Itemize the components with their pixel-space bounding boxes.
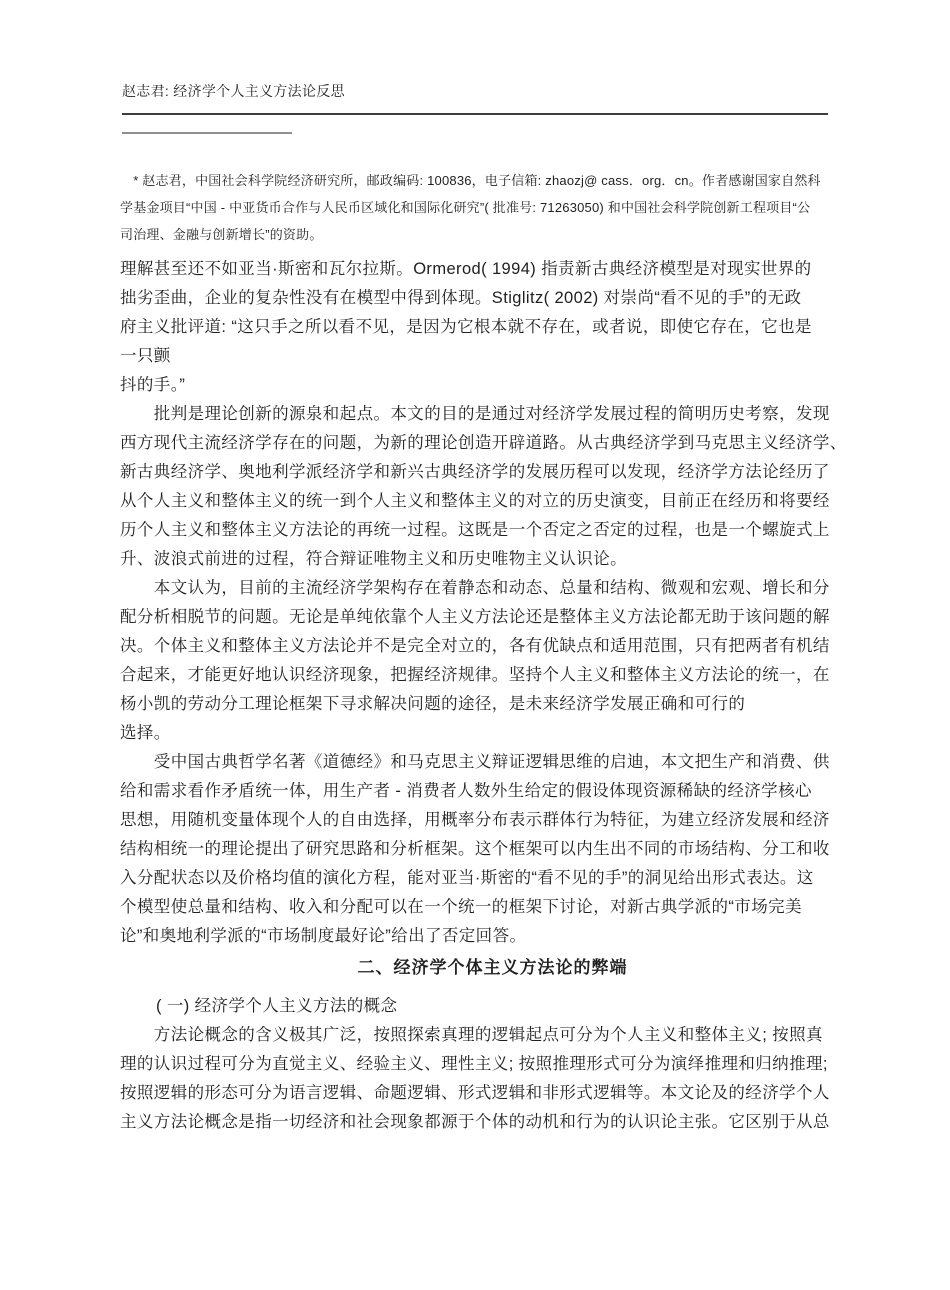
footnote-line: 学基金项目“中国 - 中亚货币合作与人民币区域化和国际化研究”( 批准号: 71…	[120, 194, 865, 221]
body-text-line: 受中国古典哲学名著《道德经》和马克思主义辩证逻辑思维的启迪，本文把生产和消费、供	[120, 748, 865, 777]
body-text-line: 抖的手。”	[120, 371, 865, 400]
body-text-line: 论”和奥地利学派的“市场制度最好论”给出了否定回答。	[120, 922, 865, 951]
author-footnote: * 赵志君，中国社会科学院经济研究所，邮政编码: 100836，电子信箱: zh…	[120, 167, 865, 248]
body-text-line: 给和需求看作矛盾统一体，用生产者 - 消费者人数外生给定的假设体现资源稀缺的经济…	[120, 777, 865, 806]
body-text-line: 理的认识过程可分为直觉主义、经验主义、理性主义; 按照推理形式可分为演绎推理和归…	[120, 1050, 865, 1079]
body-text-line: 本文认为，目前的主流经济学架构存在着静态和动态、总量和结构、微观和宏观、增长和分	[120, 574, 865, 603]
body-text-line: 拙劣歪曲，企业的复杂性没有在模型中得到体现。Stiglitz( 2002) 对崇…	[120, 284, 865, 313]
body-text-line: 西方现代主流经济学存在的问题，为新的理论创造开辟道路。从古典经济学到马克思主义经…	[120, 429, 865, 458]
running-header: 赵志君: 经济学个人主义方法论反思	[122, 81, 345, 101]
footnote-line: 司治理、金融与创新增长”的资助。	[120, 221, 865, 248]
header-rule	[122, 113, 828, 115]
section-title: 二、经济学个体主义方法论的弊端	[120, 955, 865, 981]
body-text-line: 思想，用随机变量体现个人的自由选择，用概率分布表示群体行为特征，为建立经济发展和…	[120, 806, 865, 835]
body-text-line: 选择。	[120, 719, 865, 748]
body-text-line: 主义方法论概念是指一切经济和社会现象都源于个体的动机和行为的认识论主张。它区别于…	[120, 1108, 865, 1137]
body-text-line: 杨小凯的劳动分工理论框架下寻求解决问题的途径，是未来经济学发展正确和可行的	[120, 690, 865, 719]
body-text-line: 按照逻辑的形态可分为语言逻辑、命题逻辑、形式逻辑和非形式逻辑等。本文论及的经济学…	[120, 1079, 865, 1108]
body-text-line: 府主义批评道: “这只手之所以看不见，是因为它根本就不存在，或者说，即使它存在，…	[120, 313, 865, 342]
body-text-line: 理解甚至还不如亚当·斯密和瓦尔拉斯。Ormerod( 1994) 指责新古典经济…	[120, 255, 865, 284]
body-text-line: 决。个体主义和整体主义方法论并不是完全对立的，各有优缺点和适用范围，只有把两者有…	[120, 632, 865, 661]
body-text-line: 一只颤	[120, 342, 865, 371]
body-text-line: 从个人主义和整体主义的统一到个人主义和整体主义的对立的历史演变，目前正在经历和将…	[120, 487, 865, 516]
body-text-line: 入分配状态以及价格均值的演化方程，能对亚当·斯密的“看不见的手”的洞见给出形式表…	[120, 864, 865, 893]
document-page: 赵志君: 经济学个人主义方法论反思 * 赵志君，中国社会科学院经济研究所，邮政编…	[0, 0, 950, 1290]
body-text-line: 新古典经济学、奥地利学派经济学和新兴古典经济学的发展历程可以发现，经济学方法论经…	[120, 458, 865, 487]
subsection-title: ( 一) 经济学个人主义方法的概念	[120, 991, 865, 1021]
article-body: 理解甚至还不如亚当·斯密和瓦尔拉斯。Ormerod( 1994) 指责新古典经济…	[120, 255, 865, 1137]
body-text-line: 合起来，才能更好地认识经济现象，把握经济规律。坚持个人主义和整体主义方法论的统一…	[120, 661, 865, 690]
body-text-line: 个模型使总量和结构、收入和分配可以在一个统一的框架下讨论，对新古典学派的“市场完…	[120, 893, 865, 922]
body-text-line: 历个人主义和整体主义方法论的再统一过程。这既是一个否定之否定的过程，也是一个螺旋…	[120, 516, 865, 545]
body-text-line: 方法论概念的含义极其广泛，按照探索真理的逻辑起点可分为个人主义和整体主义; 按照…	[120, 1021, 865, 1050]
body-text-line: 批判是理论创新的源泉和起点。本文的目的是通过对经济学发展过程的简明历史考察，发现	[120, 400, 865, 429]
footnote-line: * 赵志君，中国社会科学院经济研究所，邮政编码: 100836，电子信箱: zh…	[120, 167, 865, 194]
body-text-line: 结构相统一的理论提出了研究思路和分析框架。这个框架可以内生出不同的市场结构、分工…	[120, 835, 865, 864]
body-text-line: 配分析相脱节的问题。无论是单纯依靠个人主义方法论还是整体主义方法论都无助于该问题…	[120, 603, 865, 632]
footnote-separator-rule	[122, 132, 292, 134]
body-text-line: 升、波浪式前进的过程，符合辩证唯物主义和历史唯物主义认识论。	[120, 545, 865, 574]
